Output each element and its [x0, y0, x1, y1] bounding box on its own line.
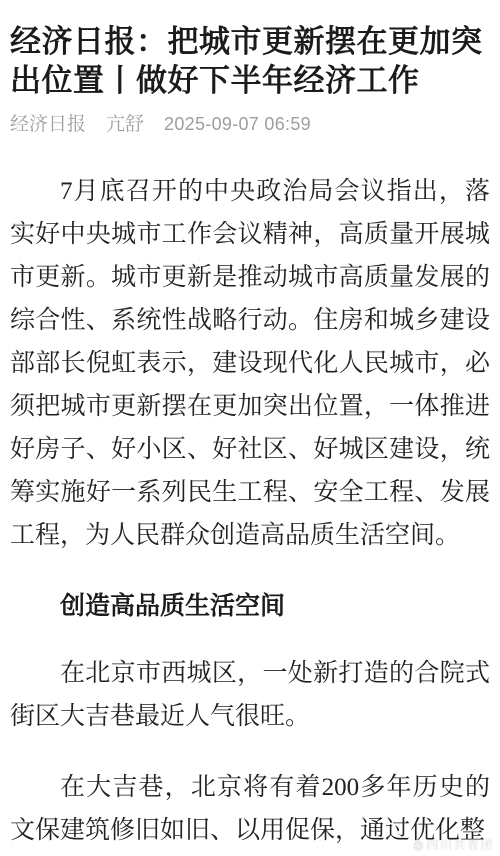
article-page: 经济日报：把城市更新摆在更加突出位置丨做好下半年经济工作 经济日报 亢舒 202… — [0, 0, 500, 856]
byline-source[interactable]: 经济日报 — [10, 114, 86, 137]
paragraph-3: 在大吉巷，北京将有着200多年历史的文保建筑修旧如旧、以用促保，通过优化整 — [10, 766, 490, 852]
byline-timestamp: 2025-09-07 06:59 — [164, 114, 311, 136]
paragraph-2: 在北京市西城区，一处新打造的合院式街区大吉巷最近人气很旺。 — [10, 652, 490, 738]
paragraph-1: 7月底召开的中央政治局会议指出，落实好中央城市工作会议精神，高质量开展城市更新。… — [10, 170, 490, 557]
article-title: 经济日报：把城市更新摆在更加突出位置丨做好下半年经济工作 — [10, 22, 490, 100]
section-heading: 创造高品质生活空间 — [10, 585, 490, 628]
byline: 经济日报 亢舒 2025-09-07 06:59 — [10, 114, 490, 137]
byline-author: 亢舒 — [106, 114, 144, 137]
